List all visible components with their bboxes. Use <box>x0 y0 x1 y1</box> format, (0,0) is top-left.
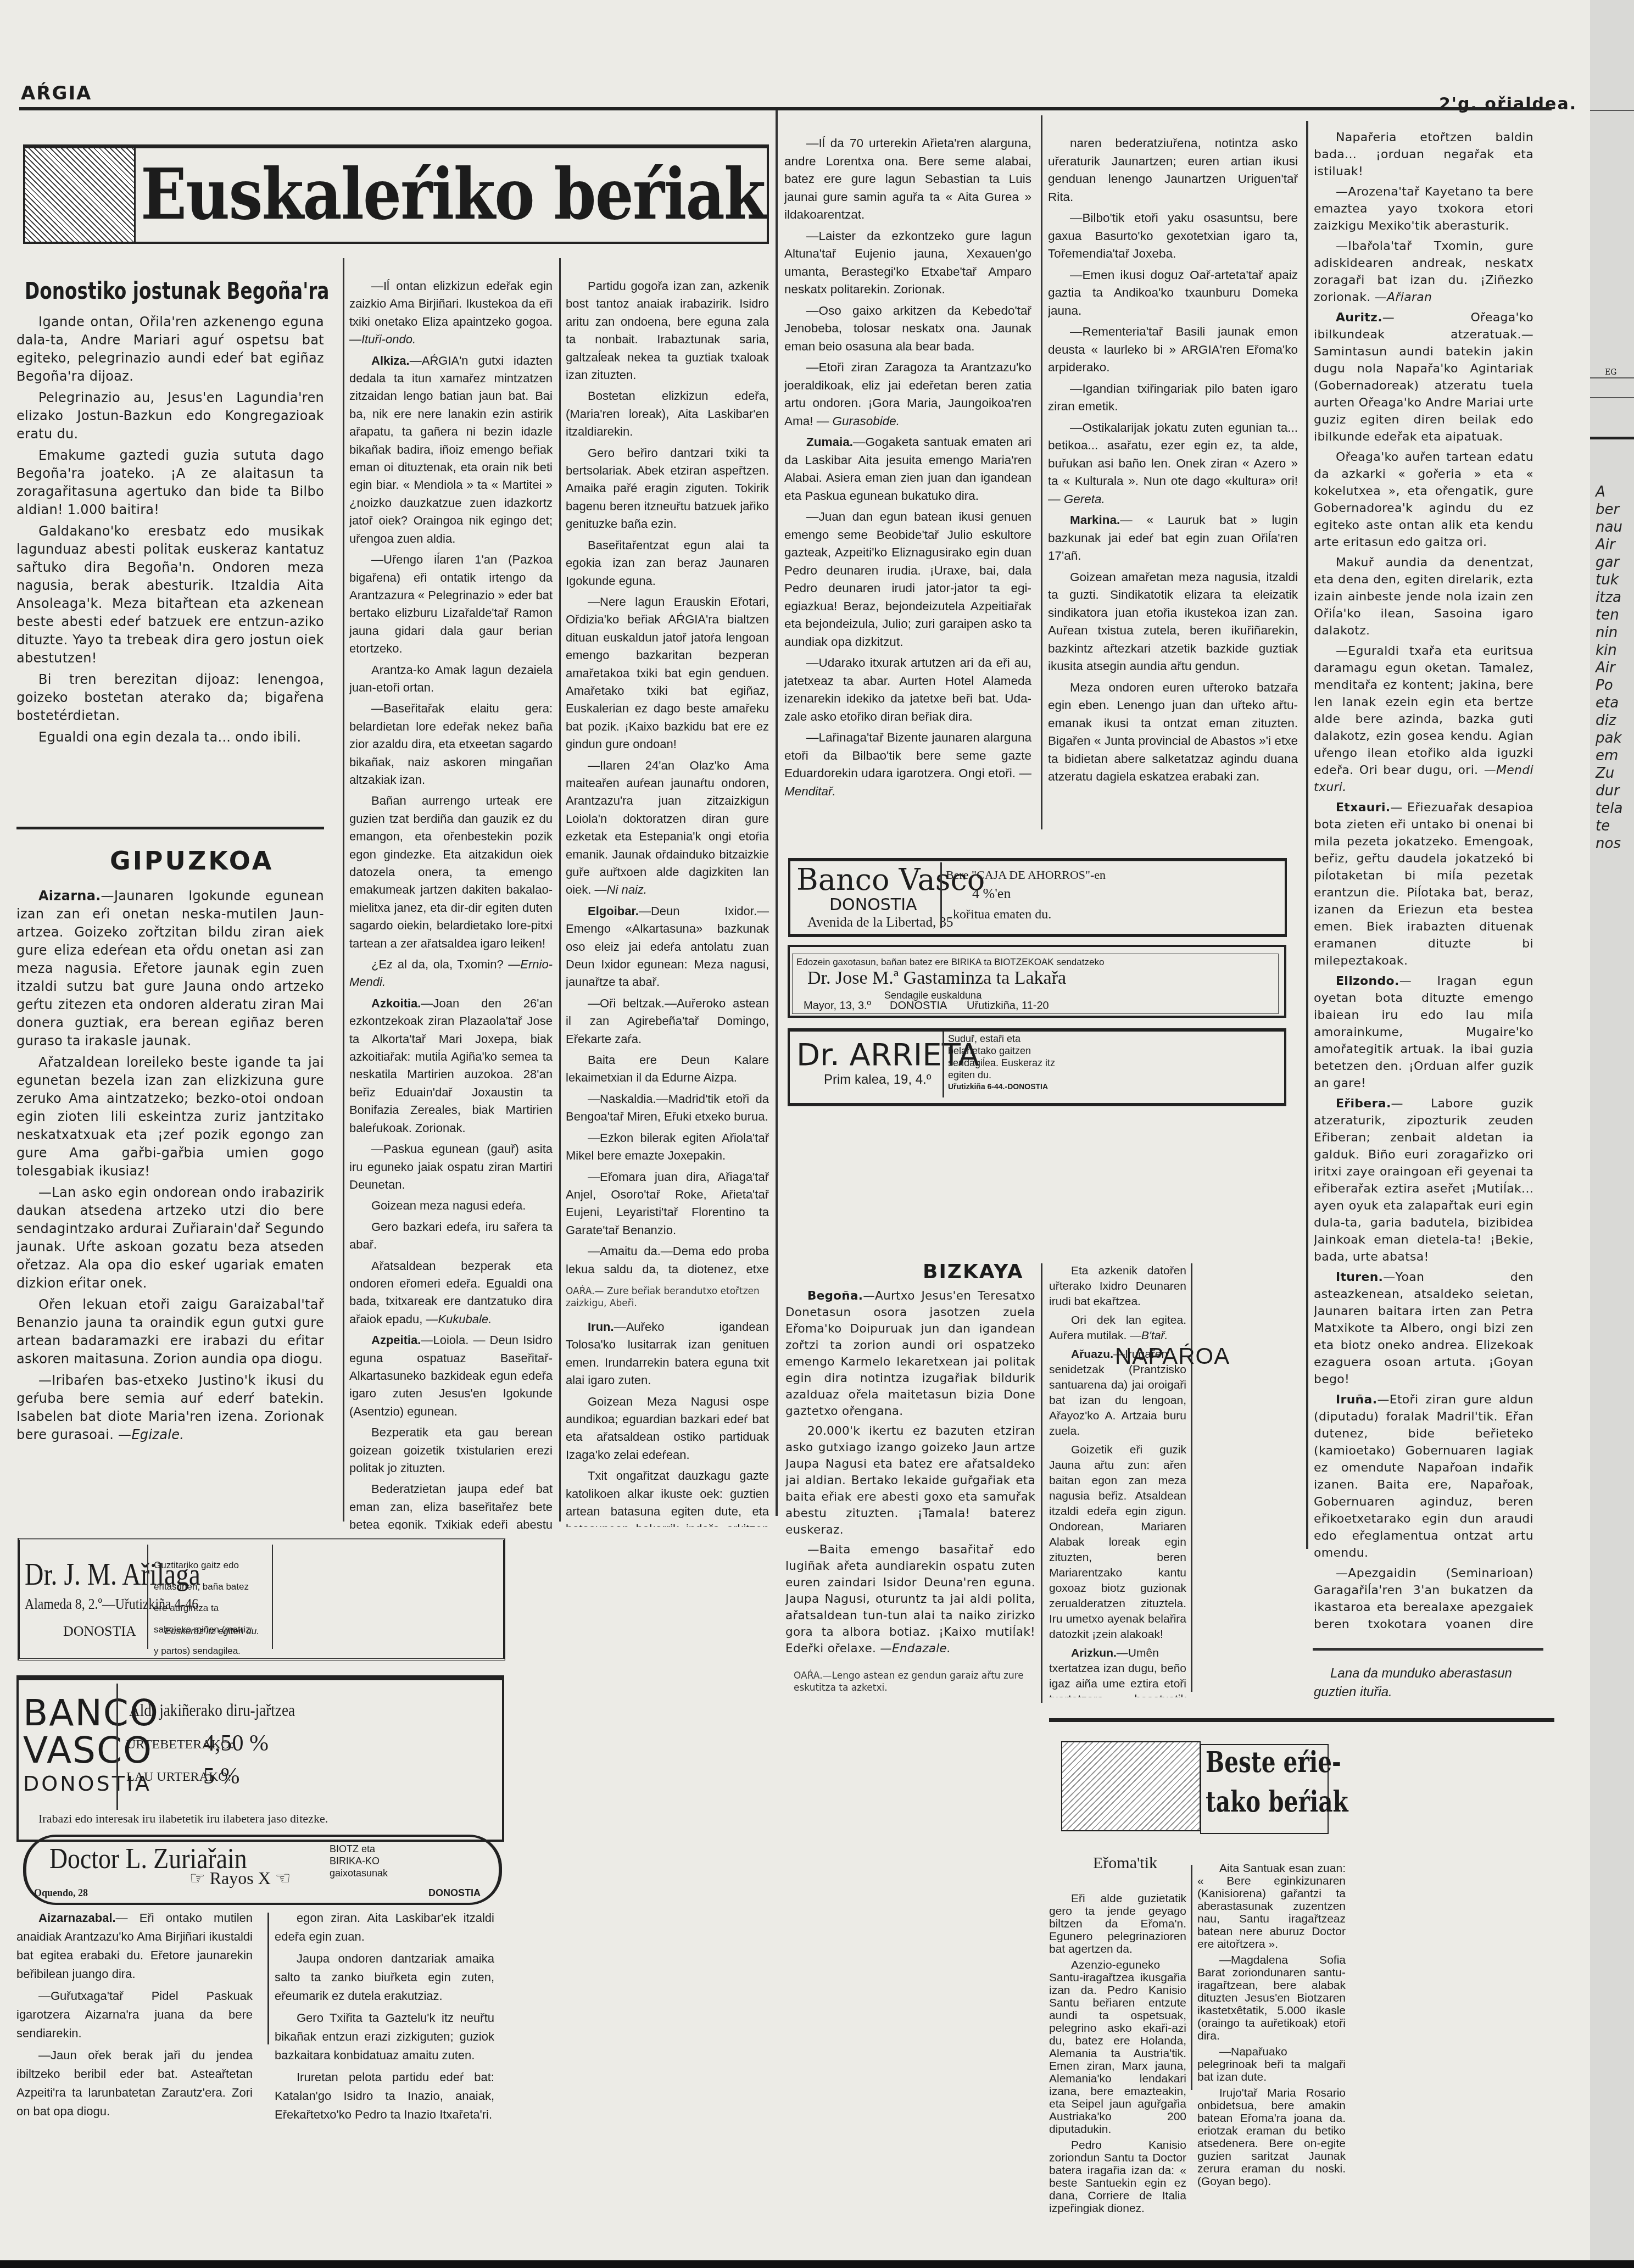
article-paragraph: Ořeaga'ko auřen tartean edatu da azkarki… <box>1314 449 1533 551</box>
ad-bank-rate-desc: kořitua ematen du. <box>953 907 1051 922</box>
article-paragraph: Pedro Kanisio zoriondun Santu ta Doctor … <box>1049 2139 1186 2215</box>
ad-bank-rate1-value: 4,50 % <box>203 1730 269 1757</box>
byline: —Ařiaran <box>1370 291 1432 304</box>
fragment-text: pak <box>1596 729 1622 747</box>
article-paragraph: Ařatsaldean bezperak eta ondoren eřomeri… <box>349 1257 553 1329</box>
column-divider <box>1306 121 1308 1549</box>
column-divider <box>1041 1263 1042 1703</box>
beste-title-line1: Beste eŕie- <box>1206 1746 1341 1779</box>
place-name: Azkoitia. <box>371 996 421 1010</box>
editor-note: OAŔA.—Lengo astean ez gendun garaiz ařtu… <box>794 1670 1035 1694</box>
section-rule <box>16 827 324 829</box>
gipuzkoa-column-5: naren bederatziuřena, notintza asko uřer… <box>1048 135 1298 849</box>
article-paragraph: Elgoibar.—Deun Ixidor.—Emengo «Alkartasu… <box>566 902 769 991</box>
article-paragraph: —Ostikalarijak jokatu zuten egunian ta..… <box>1048 419 1298 509</box>
article-paragraph: —Lařinaga'tař Bizente jaunaren alarguna … <box>784 729 1031 800</box>
ad-gastaminza-address: Mayor, 13, 3.º <box>804 1000 871 1012</box>
fragment-text: Air <box>1596 536 1622 554</box>
article-paragraph: Bañan aurrengo urteak ere guzien tzat be… <box>349 792 553 952</box>
article-paragraph: Txit ongařitzat dauzkagu gazte katolikoe… <box>566 1467 769 1527</box>
article-paragraph: Eta azkenik datořen uřterako Ixidro Deun… <box>1049 1263 1186 1309</box>
quote-rule <box>1313 1648 1543 1651</box>
place-name: Iruña. <box>1336 1393 1377 1407</box>
article-paragraph: Iruretan pelota partidu edeŕ bat: Katala… <box>275 2068 494 2124</box>
place-name: Irun. <box>588 1320 614 1334</box>
beste-article-title: Eřoma'tik <box>1093 1854 1157 1873</box>
article-paragraph: Bederatzietan jaupa edeŕ bat eman zan, e… <box>349 1480 553 1530</box>
ad-bank-footer: Irabazi edo interesak iru ilabetetik iru… <box>38 1812 328 1826</box>
article-paragraph: Ařatzaldean loreileko beste igande ta ja… <box>16 1054 324 1180</box>
bizkaya-column: Begoña.—Aurtxo Jesus'en Teresatxo Doneta… <box>785 1288 1035 1662</box>
article-paragraph: Makuř aundia da denentzat, eta dena den,… <box>1314 554 1533 639</box>
fragment-text: kin <box>1596 642 1622 659</box>
fragment-text: eta <box>1596 694 1622 712</box>
article-paragraph: Iruña.—Etoři ziran gure aldun (diputadu)… <box>1314 1391 1533 1562</box>
lead-article-body: Igande ontan, Ořila'ren azkenengo eguna … <box>16 313 324 750</box>
fragment-text: nos <box>1596 835 1622 852</box>
ad-arrieta-phone: Uřutizkiña 6-44.-DONOSTIA <box>948 1082 1048 1091</box>
article-paragraph: —Baseřitařak elaitu gera: belardietan lo… <box>349 700 553 789</box>
section-title-naparoa: NAPAŔOA <box>1115 1343 1230 1369</box>
article-paragraph: —Amaitu da.—Dema edo proba lekua saldu d… <box>566 1242 769 1277</box>
article-paragraph: ¿Ez al da, ola, Txomin? —Ernio-Mendi. <box>349 956 553 991</box>
fragment-text: Zu <box>1596 765 1622 782</box>
naparoa-continued-column: Napařeria etořtzen baldin bada... ¡ordua… <box>1314 129 1533 1629</box>
article-paragraph: —Ibařola'tař Txomin, gure adiskidearen a… <box>1314 238 1533 306</box>
place-name: Ařuazu. <box>1071 1348 1113 1361</box>
gipuzkoa-column-4: —Iĺ da 70 urterekin Ařieta'ren alarguna,… <box>784 135 1031 849</box>
article-paragraph: —Uřengo iĺaren 1'an (Pazkoa bigařena) eř… <box>349 551 553 657</box>
aizarnazabal-column-1: Aizarnazabal.— Eři ontako mutilen anaidi… <box>16 1909 253 2124</box>
article-paragraph: —Etoři ziran Zaragoza ta Arantzazu'ko jo… <box>784 359 1031 430</box>
article-paragraph: Gero Txiřita ta Gaztelu'k itz neuřtu bik… <box>275 2009 494 2065</box>
article-paragraph: —Iĺ ontan elizkizun edeřak egin zaizkio … <box>349 277 553 349</box>
fragment-text: A <box>1596 483 1622 501</box>
place-name: Auritz. <box>1336 311 1382 325</box>
adjacent-page-strip <box>1590 0 1634 2268</box>
ad-divider <box>940 862 942 928</box>
place-name: Elizondo. <box>1336 974 1399 988</box>
article-paragraph: Aizarna.—Jaunaren Igokunde egunean izan … <box>16 887 324 1050</box>
ad-gastaminza-phone: Uřutizkiña, 11-20 <box>967 1000 1049 1012</box>
column-divider <box>1041 115 1042 829</box>
article-paragraph: Eři alde guzietatik gero ta jende geyago… <box>1049 1892 1186 1955</box>
article-paragraph: —Igandian txiřingariak pilo baten igaro … <box>1048 380 1298 416</box>
article-paragraph: Azenzio-eguneko Santu-iragařtzea ikusgař… <box>1049 1959 1186 2136</box>
article-paragraph: Irujo'tař Maria Rosario onbidetsua, bere… <box>1197 2087 1346 2188</box>
ad-bank-rate2-value: 5 % <box>203 1763 240 1790</box>
place-name: Alkiza. <box>371 354 410 367</box>
ad-bank-rate: 4 %'en <box>972 885 1011 902</box>
adjacent-page-label: EG <box>1605 368 1616 377</box>
scan-edge <box>0 2260 1634 2268</box>
ad-zuriarain-specialty: BIOTZ eta BIRIKA-KO gaixotasunak <box>330 1843 412 1879</box>
fragment-text: itza <box>1596 589 1622 606</box>
closing-quote: Lana da munduko aberastasun guztien ituř… <box>1314 1664 1533 1702</box>
fragment-text: nin <box>1596 624 1622 642</box>
article-paragraph: —Juan dan egun batean ikusi genuen emeng… <box>784 508 1031 651</box>
article-paragraph: Jaupa ondoren dantzariak amaika salto ta… <box>275 1949 494 2005</box>
article-paragraph: Galdakano'ko eresbatz edo musikak lagund… <box>16 522 324 667</box>
pointing-hand-icon: ☜ <box>271 1868 291 1888</box>
tolosa-column: Irun.—Auřeko igandean Tolosa'ko lusitarr… <box>566 1318 769 1527</box>
article-paragraph: —Emen ikusi doguz Oař-arteta'tař apaiz g… <box>1048 266 1298 320</box>
article-paragraph: —Apezgaidin (Seminarioan) Garagařiĺa'ren… <box>1314 1565 1533 1629</box>
article-paragraph: Goizetik eři guzik Jauna ařtu zun: ařen … <box>1049 1442 1186 1642</box>
beste-title-line2: tako beŕiak <box>1206 1785 1348 1819</box>
place-name: Zumaia. <box>806 435 853 449</box>
ad-zuriarain-city: DONOSTIA <box>428 1887 481 1899</box>
section-rule <box>1049 1718 1554 1722</box>
article-paragraph: —Magdalena Sofia Barat zoriondunaren san… <box>1197 1954 1346 2042</box>
article-paragraph: 20.000'k ikertu ez bazuten etziran asko … <box>785 1423 1035 1539</box>
lead-article-title: Donostiko jostunak Begoña'ra <box>25 277 269 304</box>
section-title-bizkaya: BIZKAYA <box>923 1261 1024 1283</box>
ad-arilaga-frame <box>18 1538 505 1660</box>
newspaper-page: AŔGIA 2'g. ořialdea. Euskaleŕiko beŕiak … <box>0 0 1634 2268</box>
fragment-text: te <box>1596 817 1622 835</box>
ad-zuriarain-rayos: ☞ Rayos X ☜ <box>189 1868 291 1888</box>
beste-column-1: Eři alde guzietatik gero ta jende geyago… <box>1049 1892 1186 2218</box>
article-paragraph: Baseřitařentzat egun alai ta egokia izan… <box>566 537 769 590</box>
article-paragraph: Baita ere Deun Kalare lekaimetxian il da… <box>566 1051 769 1087</box>
ad-divider <box>116 1684 118 1810</box>
article-paragraph: —Iĺ da 70 urterekin Ařieta'ren alarguna,… <box>784 135 1031 224</box>
byline: —Ernio-Mendi. <box>349 957 553 989</box>
article-paragraph: Arizkun.—Umên txertatzea izan dugu, beño… <box>1049 1646 1186 1697</box>
article-paragraph: Gero beřiro dantzari txiki ta bertsolari… <box>566 444 769 533</box>
fragment-text: em <box>1596 747 1622 765</box>
editor-note: OAŔA.— Zure beřiak berandutxo etořtzen z… <box>566 1285 769 1309</box>
section-masthead: Euskaleŕiko beŕiak <box>23 144 769 244</box>
byline: —Egizale. <box>114 1427 184 1442</box>
fragment-text: diz <box>1596 712 1622 729</box>
article-paragraph: Markina.— « Lauruk bat » lugin bazkunak … <box>1048 511 1298 565</box>
byline: —Endazale. <box>876 1642 951 1656</box>
article-paragraph: naren bederatziuřena, notintza asko uřer… <box>1048 135 1298 206</box>
article-paragraph: Meza ondoren euren uřteroko batzařa egin… <box>1048 679 1298 786</box>
article-paragraph: Aizarnazabal.— Eři ontako mutilen anaidi… <box>16 1909 253 1983</box>
place-name: Elgoibar. <box>588 904 639 918</box>
article-paragraph: Aita Santuak esan zuan: « Bere eginkizun… <box>1197 1862 1346 1951</box>
byline: —B'tař. <box>1126 1329 1168 1342</box>
ad-zuriarain-address: Oquendo, 28 <box>34 1887 88 1899</box>
column-divider <box>267 1913 269 2044</box>
article-paragraph: —Nere lagun Erauskin Eřotari, Ořdizia'ko… <box>566 593 769 754</box>
article-paragraph: —Ezkon bilerak egiten Ařiola'tař Mikel b… <box>566 1129 769 1165</box>
article-paragraph: —Guřutxaga'tař Pidel Paskuak igarotzera … <box>16 1987 253 2043</box>
publication-name: AŔGIA <box>21 82 92 104</box>
gipuzkoa-column-2: —Iĺ ontan elizkizun edeřak egin zaizkio … <box>349 277 553 1530</box>
place-name: Etxauri. <box>1336 801 1390 815</box>
walker-on-road-icon <box>25 148 136 242</box>
pointing-hand-icon: ☞ <box>189 1868 210 1888</box>
ad-bank-heading: Aldi jakiñerako diru-jařtzea <box>129 1700 295 1720</box>
column-divider <box>559 258 561 1522</box>
fragment-text: nau <box>1596 519 1622 536</box>
article-paragraph: —Baita emengo basařitař edo lugiñak ařet… <box>785 1542 1035 1657</box>
byline: —Kukubale. <box>422 1312 492 1326</box>
ad-gastaminza-intro: Edozein gaxotasun, bañan batez ere BIRIK… <box>796 957 1104 968</box>
article-paragraph: Azpeitia.—Loiola. — Deun Isidro eguna os… <box>349 1331 553 1420</box>
article-paragraph: Auritz.— Ořeaga'ko ibilkundeak atzeratua… <box>1314 309 1533 445</box>
article-paragraph: —Rementeria'tař Basili jaunak emon deust… <box>1048 323 1298 377</box>
article-paragraph: —Bilbo'tik etoři yaku osasuntsu, bere ga… <box>1048 209 1298 263</box>
column-divider <box>1191 1865 1192 2090</box>
gipuzkoa-column-3: Partidu gogořa izan zan, azkenik bost ta… <box>566 277 769 1277</box>
article-paragraph: Bezperatik eta gau berean goizean goizet… <box>349 1424 553 1477</box>
article-paragraph: —Oso gaixo arkitzen da Kebedo'tař Jenobe… <box>784 302 1031 356</box>
byline: —Mendi txuri. <box>1314 764 1533 794</box>
article-paragraph: —Arozena'tař Kayetano ta bere emaztea ya… <box>1314 183 1533 235</box>
place-name: Aizarna. <box>38 888 101 904</box>
ad-bank-address: Avenida de la Libertad, 35 <box>807 915 953 930</box>
article-paragraph: Irun.—Auřeko igandean Tolosa'ko lusitarr… <box>566 1318 769 1390</box>
ad-arrieta-description: Suduř, estaři eta belařietako gaitzen se… <box>948 1033 1061 1081</box>
ad-divider <box>943 1032 944 1097</box>
article-paragraph: —Lan asko egin ondorean ondo irabazirik … <box>16 1184 324 1292</box>
gipuzkoa-column-1: Aizarna.—Jaunaren Igokunde egunean izan … <box>16 887 324 1519</box>
article-paragraph: Partidu gogořa izan zan, azkenik bost ta… <box>566 277 769 384</box>
section-title-gipuzkoa: GIPUZKOA <box>110 846 274 876</box>
column-divider <box>1191 1263 1192 1692</box>
article-paragraph: Goizean meza nagusi edeŕa. <box>349 1197 553 1214</box>
place-name: Aizarnazabal. <box>38 1911 116 1925</box>
ad-gastaminza-name: Dr. Jose M.ª Gastaminza ta Lakařa <box>807 968 1066 989</box>
byline: — Gereta. <box>1048 492 1105 506</box>
article-paragraph: Elizondo.— Iragan egun oyetan bota dituz… <box>1314 973 1533 1092</box>
fragment-text: ber <box>1596 501 1622 519</box>
ad-divider <box>272 1545 273 1649</box>
fragment-text: ten <box>1596 606 1622 624</box>
article-paragraph: —Eguraldi txařa eta euritsua daramagu eg… <box>1314 643 1533 796</box>
place-name: Arizkun. <box>1071 1647 1117 1659</box>
byline: —Menditař. <box>784 766 1031 798</box>
article-paragraph: —Oři beltzak.—Auřeroko astean il zan Agi… <box>566 995 769 1048</box>
article-paragraph: Pelegrinazio au, Jesus'en Lagundia'ren e… <box>16 389 324 443</box>
fragment-text: Po <box>1596 677 1622 694</box>
article-paragraph: Egualdi ona egin dezala ta... ondo ibili… <box>16 728 324 746</box>
place-name: Azpeitia. <box>371 1333 421 1347</box>
beste-column-2: Aita Santuak esan zuan: « Bere eginkizun… <box>1197 1862 1346 2191</box>
article-paragraph: Goizean amařetan meza nagusia, itzaldi t… <box>1048 569 1298 676</box>
article-paragraph: Ori dek lan egitea. Auřera mutilak. —B't… <box>1049 1313 1186 1344</box>
article-paragraph: —Jaun ořek berak jaři du jendea ibiltzek… <box>16 2046 253 2121</box>
article-paragraph: Arantza-ko Amak lagun dezaiela juan-etoř… <box>349 661 553 697</box>
place-name: Begoña. <box>807 1289 863 1303</box>
ad-bank-city: DONOSTIA <box>829 895 917 915</box>
article-paragraph: Ituren.—Yoan den asteazkenean, atsaldeko… <box>1314 1269 1533 1388</box>
article-paragraph: —Eřomara juan dira, Ařiaga'tař Anjel, Os… <box>566 1168 769 1240</box>
article-paragraph: —Paskua egunean (gauř) asita iru eguneko… <box>349 1140 553 1194</box>
article-paragraph: Eřibera.— Labore guzik atzeraturik, zipo… <box>1314 1095 1533 1266</box>
article-paragraph: Bostetan elizkizun edeřa, (Maria'ren lor… <box>566 387 769 441</box>
place-name: Eřibera. <box>1336 1097 1391 1111</box>
article-paragraph: —Laister da ezkontzeko gure lagun Altuna… <box>784 227 1031 299</box>
ad-zuriarain-rayos-label: Rayos X <box>210 1868 271 1888</box>
ad-bank-caja: Bere "CAJA DE AHORROS"-en <box>946 868 1106 882</box>
fragment-text: dur <box>1596 782 1622 800</box>
fragment-text: Air <box>1596 659 1622 677</box>
article-paragraph: Zumaia.—Gogaketa santuak ematen ari da L… <box>784 433 1031 505</box>
column-divider <box>776 110 778 1516</box>
place-name: Ituren. <box>1336 1270 1383 1284</box>
article-paragraph: Igande ontan, Ořila'ren azkenengo eguna … <box>16 313 324 386</box>
column-divider <box>343 258 344 1522</box>
adjacent-page-fragments: AbernauAirgartukitzatenninkinAirPoetadiz… <box>1596 483 1622 852</box>
article-paragraph: —Napařuako pelegrinoak beři ta malgaři b… <box>1197 2046 1346 2083</box>
fragment-text: gar <box>1596 554 1622 571</box>
ad-arrieta-address: Prim kalea, 19, 4.º <box>824 1072 932 1088</box>
article-paragraph: Emakume gaztedi guzia sututa dago Begoña… <box>16 447 324 519</box>
fragment-text: tuk <box>1596 571 1622 589</box>
naparoa-column-1: Eta azkenik datořen uřterako Ixidro Deun… <box>1049 1263 1186 1697</box>
header-rule <box>19 107 1552 110</box>
byline: — Gurasobide. <box>813 414 900 428</box>
article-paragraph: Alkiza.—AŔGIA'n gutxi idazten dedala ta … <box>349 352 553 548</box>
article-paragraph: —Naskaldia.—Madrid'tik etoři da Bengoa't… <box>566 1090 769 1126</box>
article-paragraph: Gero bazkari edeŕa, iru sařera ta abař. <box>349 1218 553 1254</box>
article-paragraph: —Udarako itxurak artutzen ari da eři au,… <box>784 654 1031 726</box>
stagecoach-icon <box>1061 1741 1201 1831</box>
fragment-text: tela <box>1596 800 1622 817</box>
article-paragraph: Napařeria etořtzen baldin bada... ¡ordua… <box>1314 129 1533 180</box>
article-paragraph: Goizean Meza Nagusi ospe aundikoa; eguar… <box>566 1393 769 1464</box>
place-name: Markina. <box>1070 513 1120 527</box>
article-paragraph: Bi tren berezitan dijoaz: lenengoa, goiz… <box>16 671 324 725</box>
article-paragraph: Etxauri.— Eřiezuařak desapioa bota ziete… <box>1314 799 1533 969</box>
aizarnazabal-column-2: egon ziran. Aita Laskibar'ek itzaldi ede… <box>275 1909 494 2127</box>
page-number: 2'g. ořialdea. <box>1439 94 1577 114</box>
article-paragraph: Ořen lekuan etoři zaigu Garaizabal'tař B… <box>16 1296 324 1368</box>
article-paragraph: —Ilaren 24'an Olaz'ko Ama maiteařen auŕe… <box>566 757 769 899</box>
masthead-title: Euskaleŕiko beŕiak <box>141 151 765 238</box>
byline: —Ni naiz. <box>591 883 646 896</box>
article-paragraph: Durango.—Laster ezkontzen da Bařutieta't… <box>785 1660 1035 1662</box>
article-paragraph: —Iribaŕen bas-etxeko Justino'k ikusi du … <box>16 1372 324 1444</box>
article-paragraph: egon ziran. Aita Laskibar'ek itzaldi ede… <box>275 1909 494 1946</box>
byline: —Ituři-ondo. <box>349 332 416 346</box>
article-paragraph: Begoña.—Aurtxo Jesus'en Teresatxo Doneta… <box>785 1288 1035 1420</box>
ad-gastaminza-city: DONOSTIA <box>890 1000 947 1012</box>
article-paragraph: Azkoitia.—Joan den 26'an ezkontzekoak zi… <box>349 995 553 1137</box>
